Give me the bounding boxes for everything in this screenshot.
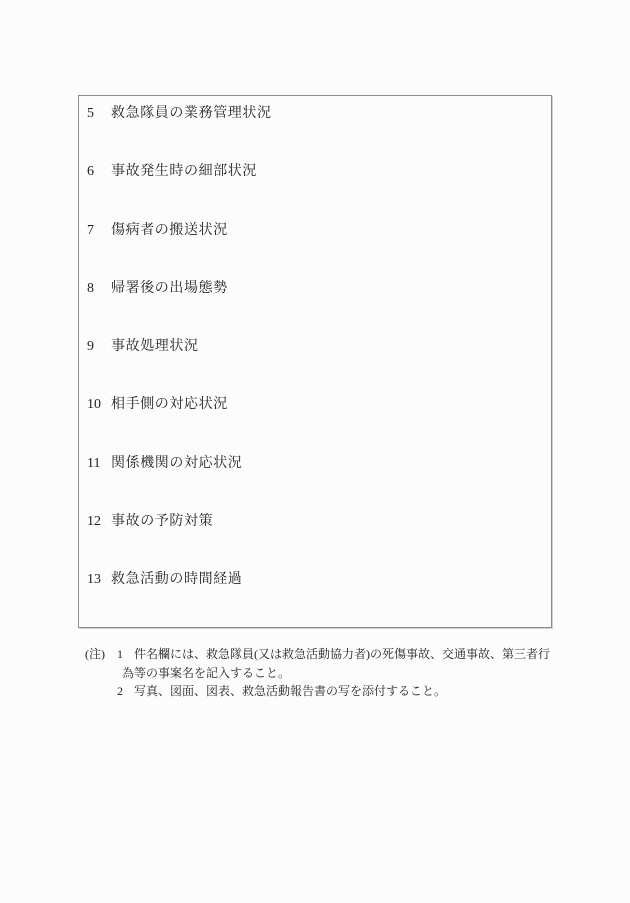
note-marker: (注) [85, 645, 117, 664]
note-line: 写真、図面、図表、救急活動報告書の写を添付すること。 [134, 682, 446, 701]
item-number: 10 [87, 395, 106, 415]
item-number: 8 [87, 279, 106, 299]
list-item: 11関係機関の対応状況 [87, 454, 543, 474]
list-item: 13救急活動の時間経過 [87, 570, 543, 590]
footnotes-section: (注) 1 件名欄には、救急隊員(又は救急活動協力者)の死傷事故、交通事故、第三… [85, 645, 550, 701]
note-number: 1 [117, 645, 134, 664]
note-number: 2 [117, 682, 134, 701]
note-items: 1 件名欄には、救急隊員(又は救急活動協力者)の死傷事故、交通事故、第三者行 為… [117, 645, 550, 701]
item-number: 7 [87, 221, 106, 241]
item-label: 関係機関の対応状況 [111, 456, 242, 471]
note-line: 為等の事案名を記入すること。 [122, 664, 550, 683]
checklist-items: 5救急隊員の業務管理状況 6事故発生時の細部状況 7傷病者の搬送状況 8帰署後の… [79, 96, 551, 590]
note-item: 1 件名欄には、救急隊員(又は救急活動協力者)の死傷事故、交通事故、第三者行 為… [117, 645, 550, 682]
item-label: 事故発生時の細部状況 [111, 164, 257, 179]
item-number: 11 [87, 454, 106, 474]
item-label: 帰署後の出場態勢 [111, 281, 228, 296]
item-label: 傷病者の搬送状況 [111, 223, 228, 238]
item-number: 6 [87, 162, 106, 182]
list-item: 7傷病者の搬送状況 [87, 221, 543, 241]
note-line: 件名欄には、救急隊員(又は救急活動協力者)の死傷事故、交通事故、第三者行 [134, 645, 550, 664]
list-item: 12事故の予防対策 [87, 512, 543, 532]
item-number: 9 [87, 337, 106, 357]
list-item: 8帰署後の出場態勢 [87, 279, 543, 299]
item-number: 12 [87, 512, 106, 532]
list-item: 10相手側の対応状況 [87, 395, 543, 415]
list-item: 9事故処理状況 [87, 337, 543, 357]
checklist-box: 5救急隊員の業務管理状況 6事故発生時の細部状況 7傷病者の搬送状況 8帰署後の… [78, 95, 552, 628]
item-label: 救急活動の時間経過 [111, 572, 242, 587]
item-number: 13 [87, 570, 106, 590]
item-label: 事故処理状況 [111, 339, 199, 354]
item-number: 5 [87, 104, 106, 124]
item-label: 事故の予防対策 [111, 514, 213, 529]
note-item: 2 写真、図面、図表、救急活動報告書の写を添付すること。 [117, 682, 550, 701]
item-label: 救急隊員の業務管理状況 [111, 106, 272, 121]
list-item: 6事故発生時の細部状況 [87, 162, 543, 182]
note-text: 件名欄には、救急隊員(又は救急活動協力者)の死傷事故、交通事故、第三者行 為等の… [134, 645, 550, 682]
document-page: 5救急隊員の業務管理状況 6事故発生時の細部状況 7傷病者の搬送状況 8帰署後の… [0, 0, 630, 903]
note-text: 写真、図面、図表、救急活動報告書の写を添付すること。 [134, 682, 446, 701]
list-item: 5救急隊員の業務管理状況 [87, 104, 543, 124]
item-label: 相手側の対応状況 [111, 397, 228, 412]
